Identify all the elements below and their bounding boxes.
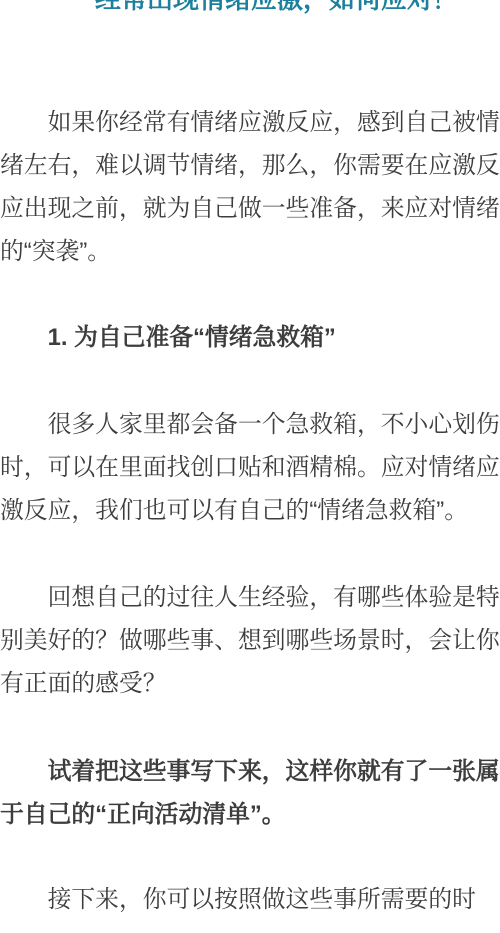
paragraph-next-steps: 接下来，你可以按照做这些事所需要的时	[0, 878, 500, 921]
paragraph-positive-activity-list: 试着把这些事写下来，这样你就有了一张属于自己的“正向活动清单”。	[0, 750, 500, 836]
paragraph-recall-experiences: 回想自己的过往人生经验，有哪些体验是特别美好的？做哪些事、想到哪些场景时，会让你…	[0, 576, 500, 705]
section-heading-emotion-first-aid-kit: 1. 为自己准备“情绪急救箱”	[0, 316, 500, 359]
article-title: 经常出现情绪应激，如何应对？	[95, 0, 459, 15]
article-page: 经常出现情绪应激，如何应对？ 如果你经常有情绪应激反应，感到自己被情绪左右，难以…	[0, 0, 500, 933]
paragraph-intro: 如果你经常有情绪应激反应，感到自己被情绪左右，难以调节情绪，那么，你需要在应激反…	[0, 101, 500, 273]
paragraph-first-aid-analogy: 很多人家里都会备一个急救箱，不小心划伤时，可以在里面找创口贴和酒精棉。应对情绪应…	[0, 403, 500, 532]
